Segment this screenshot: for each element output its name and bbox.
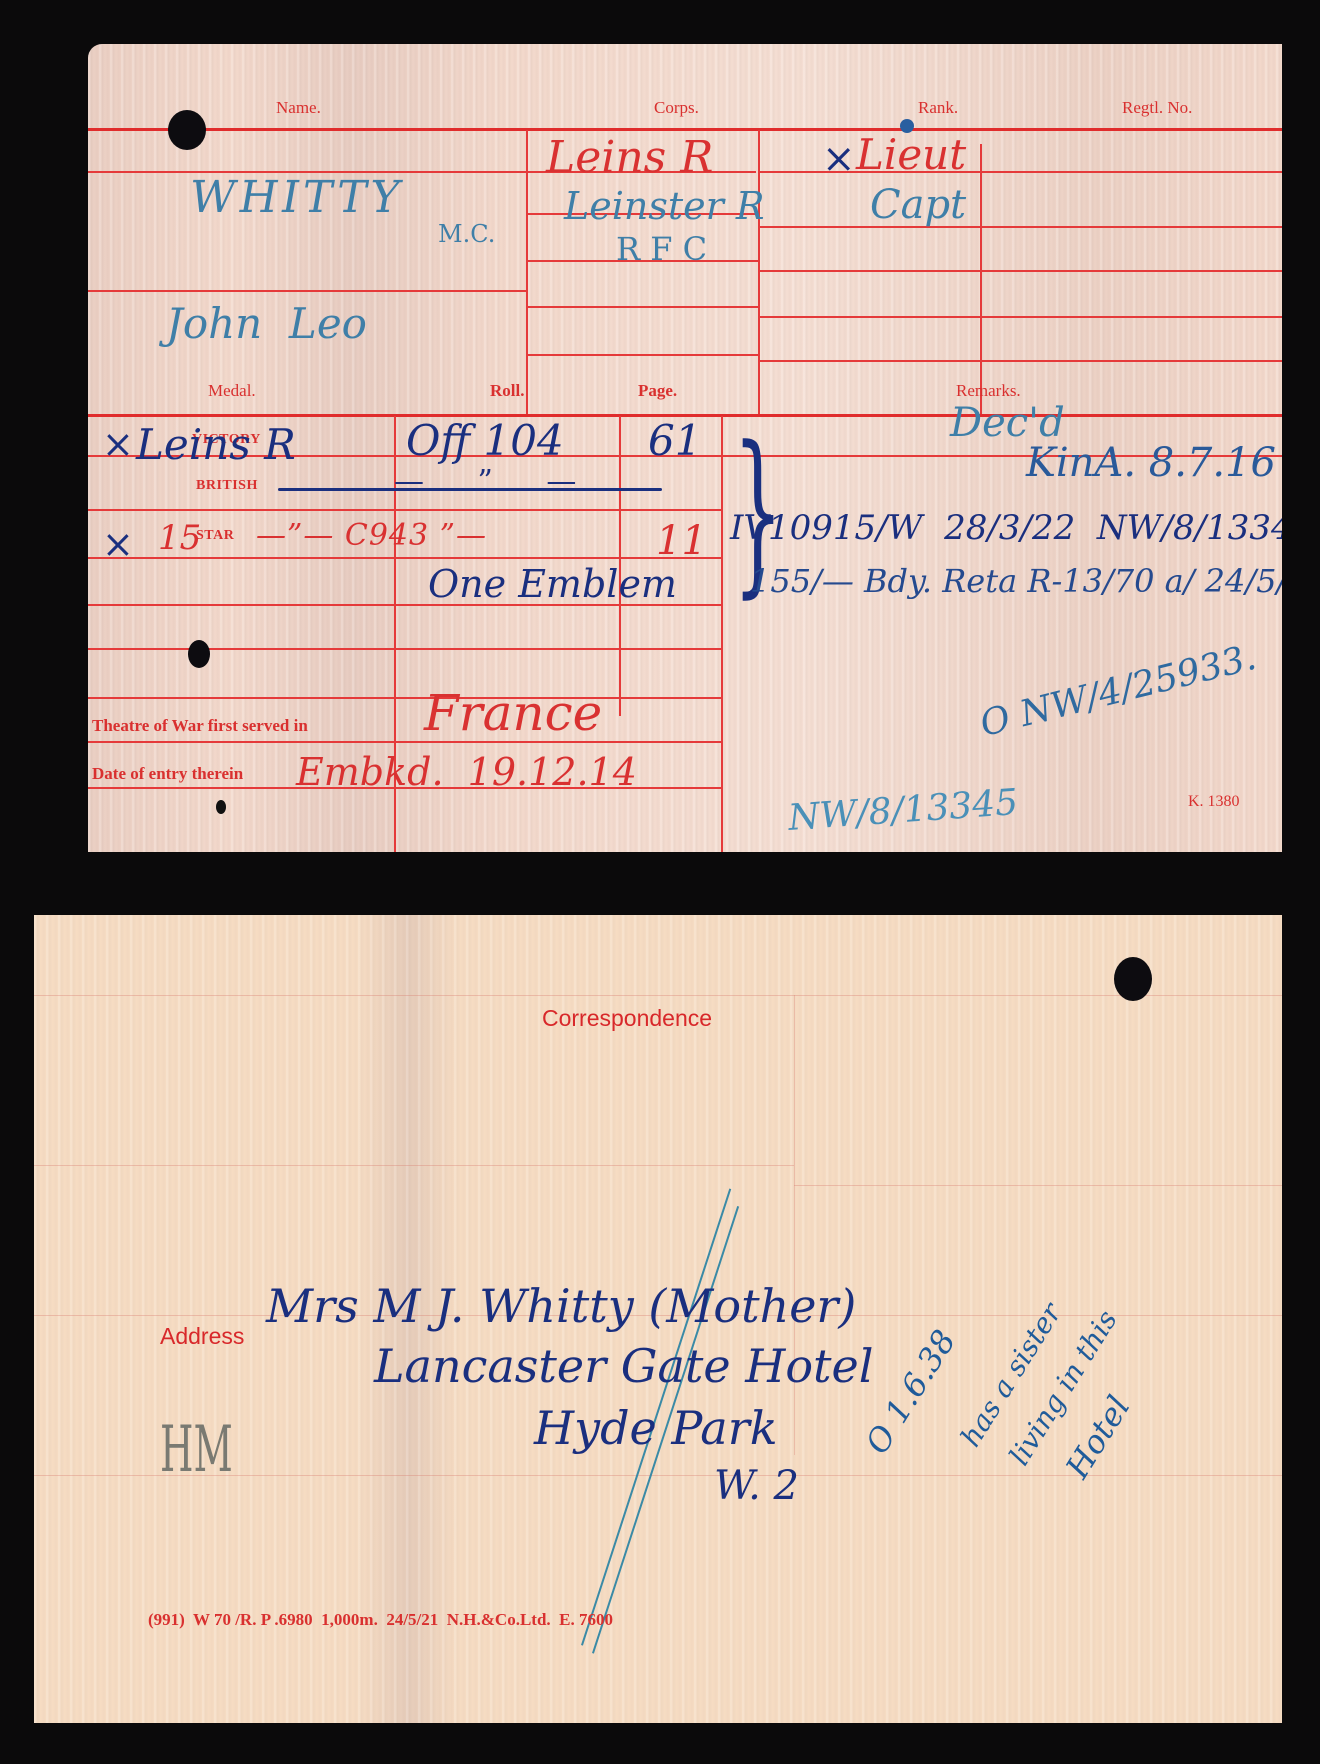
- rank-line-3: [760, 316, 980, 318]
- medal-2-roll: — ” —: [394, 464, 598, 499]
- medal-3-handwritten: 15: [158, 518, 201, 558]
- address-label: Address: [160, 1323, 244, 1350]
- faint-rule: [34, 1165, 794, 1166]
- medal-3-mark: ×: [102, 522, 134, 566]
- decoration-mc: M.C.: [438, 220, 495, 248]
- rank-entry-1: Lieut: [856, 130, 966, 179]
- correspondence-title: Correspondence: [542, 1005, 712, 1032]
- corps-entry-3: R F C: [616, 230, 707, 268]
- pencil-initials: HM: [160, 1413, 233, 1487]
- annotation-note: has a sister living in this Hotel: [954, 1286, 1135, 1490]
- regtl-line-3: [982, 316, 1282, 318]
- rank-line-4: [760, 360, 980, 362]
- medal-3-page: 11: [656, 518, 707, 564]
- emblem-note: One Emblem: [428, 562, 677, 606]
- punch-hole-back: [1114, 957, 1152, 1001]
- header-page: Page.: [638, 381, 677, 401]
- row-line-4: [88, 648, 721, 650]
- surname: WHITTY: [186, 172, 409, 223]
- punch-hole-top: [168, 110, 206, 150]
- divider-name-corps: [526, 130, 528, 414]
- printer-line: (991) W 70 /R. P .6980 1,000m. 24/5/21 N…: [148, 1610, 613, 1630]
- punch-hole-middle: [188, 640, 210, 668]
- remarks-ref-1: O NW/4/25933.: [976, 637, 1260, 745]
- medal-index-card-back: Correspondence O 1.6.38 has a sister liv…: [34, 915, 1282, 1723]
- form-number: K. 1380: [1188, 793, 1240, 811]
- rank-entry-2: Capt: [870, 182, 966, 228]
- annotation-block: O 1.6.38: [914, 1158, 1019, 1295]
- name-divider: [88, 290, 528, 292]
- ditto-line-british: [278, 488, 662, 491]
- medal-2-printed: BRITISH: [196, 478, 258, 494]
- medal-3-roll: —”— C943 ”—: [256, 518, 487, 553]
- corps-line-3: [528, 306, 760, 308]
- regtl-line-0: [982, 171, 1282, 173]
- row-line-1: [88, 509, 721, 511]
- rank-cross-mark: ×: [822, 136, 856, 182]
- corps-entry-2: Leinster R: [564, 184, 764, 228]
- address-line-1: Mrs M J. Whitty (Mother): [266, 1279, 856, 1333]
- theatre-value: France: [424, 684, 602, 742]
- corps-line-4: [528, 354, 760, 356]
- theatre-label: Theatre of War first served in: [92, 716, 308, 736]
- medal-3-printed: STAR: [196, 528, 234, 544]
- header-corps: Corps.: [654, 98, 699, 118]
- faint-rule: [794, 1185, 1282, 1186]
- corps-entry-1: Leins R: [546, 132, 713, 183]
- remarks-line-2: 155/— Bdy. Reta R-13/70 a/ 24/5/38.: [750, 562, 1282, 600]
- remarks-kia: KinA. 8.7.16: [1026, 440, 1276, 486]
- ink-dot: [216, 800, 226, 814]
- regtl-line-1: [982, 226, 1282, 228]
- remarks-ref-2: NW/8/13345: [787, 782, 1019, 839]
- row-line-5: [88, 697, 721, 699]
- rank-line-2: [760, 270, 980, 272]
- header-rank: Rank.: [918, 98, 958, 118]
- medal-1-mark: ×: [102, 422, 134, 466]
- regtl-line-4: [982, 360, 1282, 362]
- header-roll: Roll.: [490, 381, 524, 401]
- date-of-entry-value: Embkd. 19.12.14: [296, 750, 637, 794]
- address-line-4: W. 2: [714, 1463, 799, 1509]
- header-remarks: Remarks.: [956, 381, 1021, 401]
- divider-rank-regtl: [980, 144, 982, 414]
- header-regtl-no: Regtl. No.: [1122, 98, 1192, 118]
- remarks-line-1: IV10915/W 28/3/22 NW/8/13345: [730, 508, 1282, 548]
- address-line-3: Hyde Park: [534, 1401, 778, 1455]
- annotation-date: O 1.6.38: [858, 1323, 963, 1460]
- regtl-line-2: [982, 270, 1282, 272]
- medal-index-card-front: Name. Corps. Rank. Regtl. No. Medal. Rol…: [88, 44, 1282, 852]
- medal-1-roll: Off 104: [406, 416, 564, 465]
- medal-1-handwritten: Leins R: [136, 420, 296, 469]
- row-line-6: [88, 741, 721, 743]
- header-name: Name.: [276, 98, 321, 118]
- address-line-2: Lancaster Gate Hotel: [374, 1339, 873, 1393]
- faint-rule: [34, 995, 1282, 996]
- top-rule: [88, 128, 1282, 131]
- date-of-entry-label: Date of entry therein: [92, 764, 243, 784]
- divider-corps-rank: [758, 130, 760, 414]
- header-medal: Medal.: [208, 381, 256, 401]
- divider-page-remarks: [721, 416, 723, 852]
- forenames: John Leo: [166, 299, 367, 348]
- medal-1-page: 61: [648, 416, 701, 465]
